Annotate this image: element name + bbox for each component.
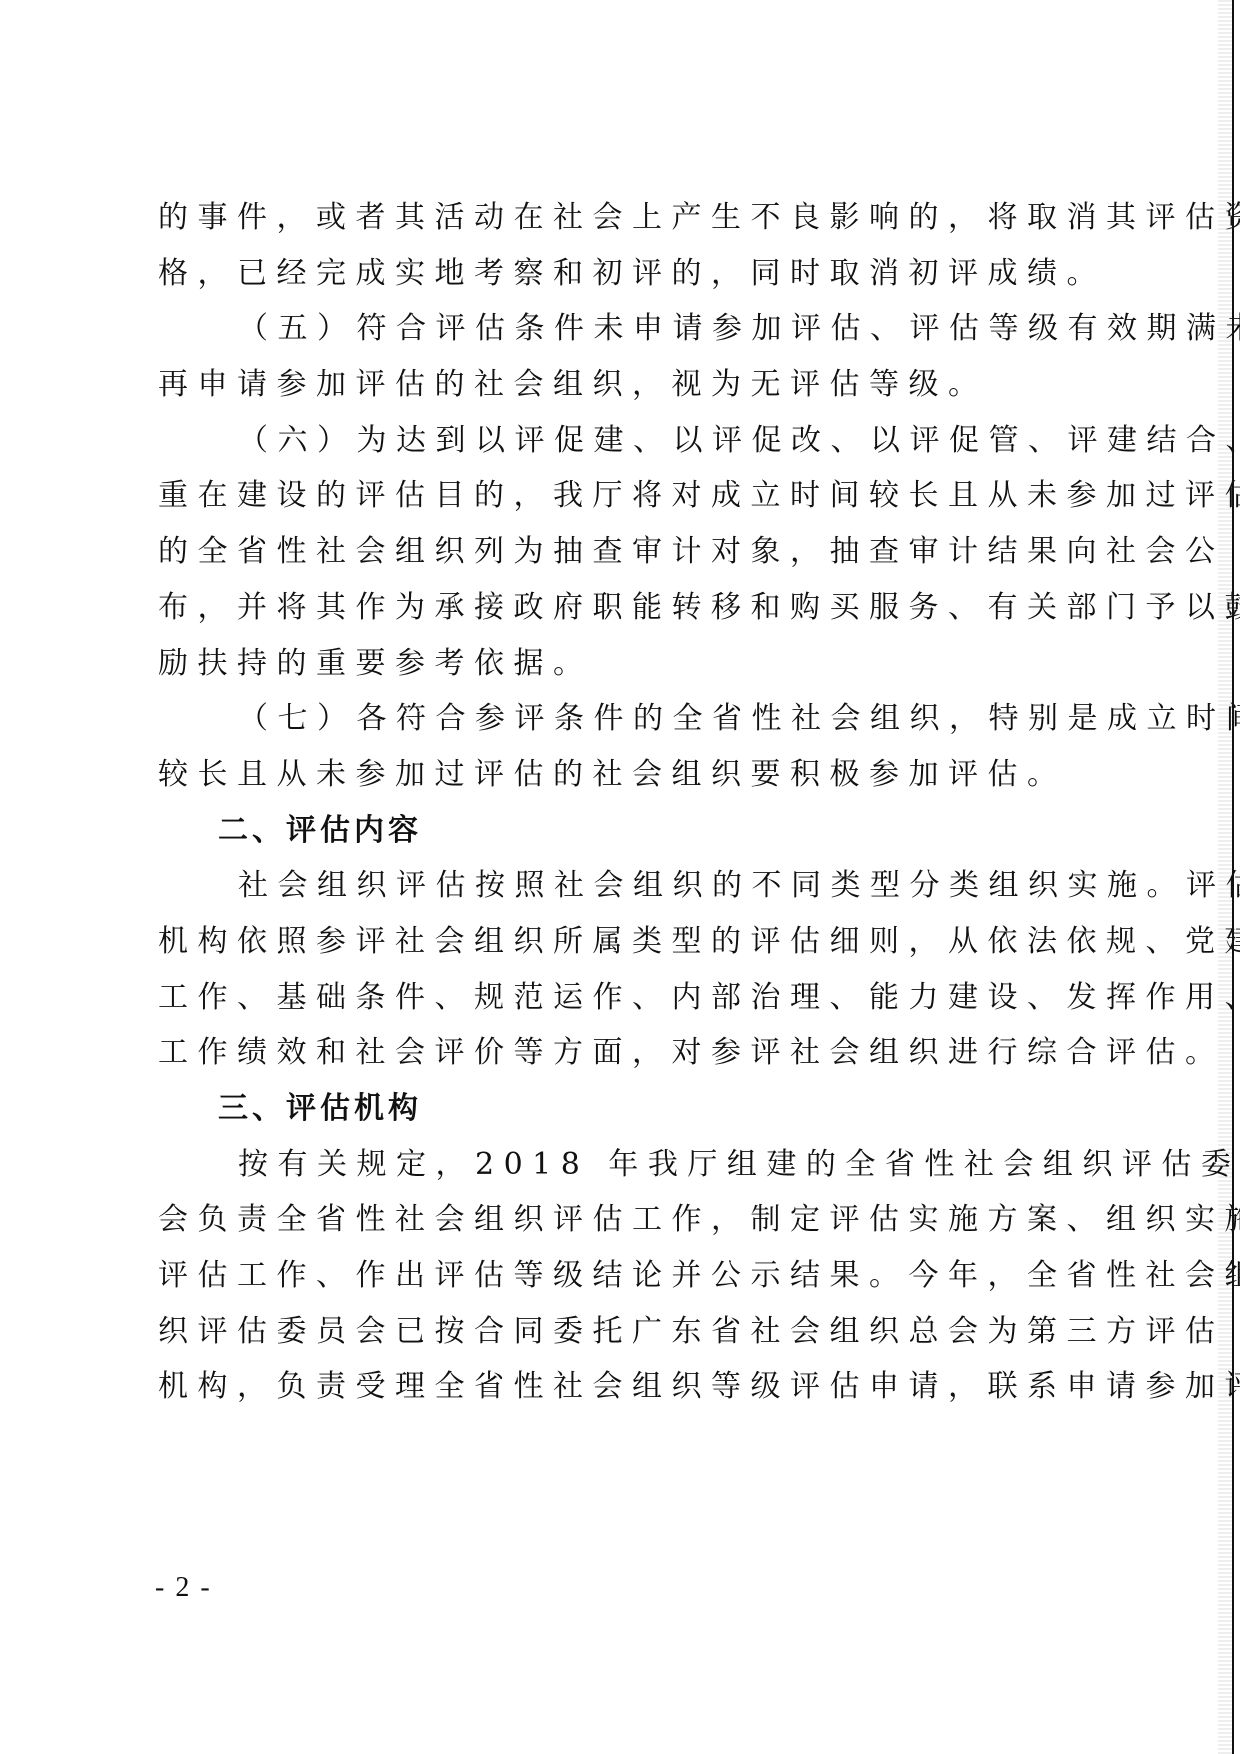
- item-five-line: （五）符合评估条件未申请参加评估、评估等级有效期满未: [158, 301, 1074, 357]
- paragraph-line: 格，已经完成实地考察和初评的，同时取消初评成绩。: [158, 246, 1074, 302]
- section-heading-evaluation-agency: 三、评估机构: [158, 1081, 1074, 1137]
- paragraph-line: 励扶持的重要参考依据。: [158, 636, 1074, 692]
- paragraph-line: 的事件，或者其活动在社会上产生不良影响的，将取消其评估资: [158, 190, 1074, 246]
- paragraph-line: 机构依照参评社会组织所属类型的评估细则，从依法依规、党建: [158, 914, 1074, 970]
- paragraph-line: 会负责全省性社会组织评估工作，制定评估实施方案、组织实施: [158, 1192, 1074, 1248]
- item-seven-line: （七）各符合参评条件的全省性社会组织，特别是成立时间: [158, 691, 1074, 747]
- document-page: 的事件，或者其活动在社会上产生不良影响的，将取消其评估资 格，已经完成实地考察和…: [0, 0, 1240, 1754]
- paragraph-line: 布，并将其作为承接政府职能转移和购买服务、有关部门予以鼓: [158, 580, 1074, 636]
- paragraph-line: 工作、基础条件、规范运作、内部治理、能力建设、发挥作用、: [158, 970, 1074, 1026]
- paragraph-line: 按有关规定，2018 年我厅组建的全省性社会组织评估委员: [158, 1137, 1074, 1193]
- paragraph-line: 重在建设的评估目的，我厅将对成立时间较长且从未参加过评估: [158, 468, 1074, 524]
- paragraph-line: 机构，负责受理全省性社会组织等级评估申请，联系申请参加评: [158, 1359, 1074, 1415]
- paragraph-line: 织评估委员会已按合同委托广东省社会组织总会为第三方评估: [158, 1304, 1074, 1360]
- paragraph-line: 评估工作、作出评估等级结论并公示结果。今年，全省性社会组: [158, 1248, 1074, 1304]
- section-heading-evaluation-content: 二、评估内容: [158, 803, 1074, 859]
- paragraph-line: 再申请参加评估的社会组织，视为无评估等级。: [158, 357, 1074, 413]
- paragraph-line: 的全省性社会组织列为抽查审计对象，抽查审计结果向社会公: [158, 524, 1074, 580]
- document-body: 的事件，或者其活动在社会上产生不良影响的，将取消其评估资 格，已经完成实地考察和…: [158, 190, 1074, 1415]
- paragraph-line: 社会组织评估按照社会组织的不同类型分类组织实施。评估: [158, 858, 1074, 914]
- paragraph-line: 较长且从未参加过评估的社会组织要积极参加评估。: [158, 747, 1074, 803]
- page-number: - 2 -: [155, 1572, 212, 1604]
- paragraph-line: 工作绩效和社会评价等方面，对参评社会组织进行综合评估。: [158, 1025, 1074, 1081]
- item-six-line: （六）为达到以评促建、以评促改、以评促管、评建结合、: [158, 413, 1074, 469]
